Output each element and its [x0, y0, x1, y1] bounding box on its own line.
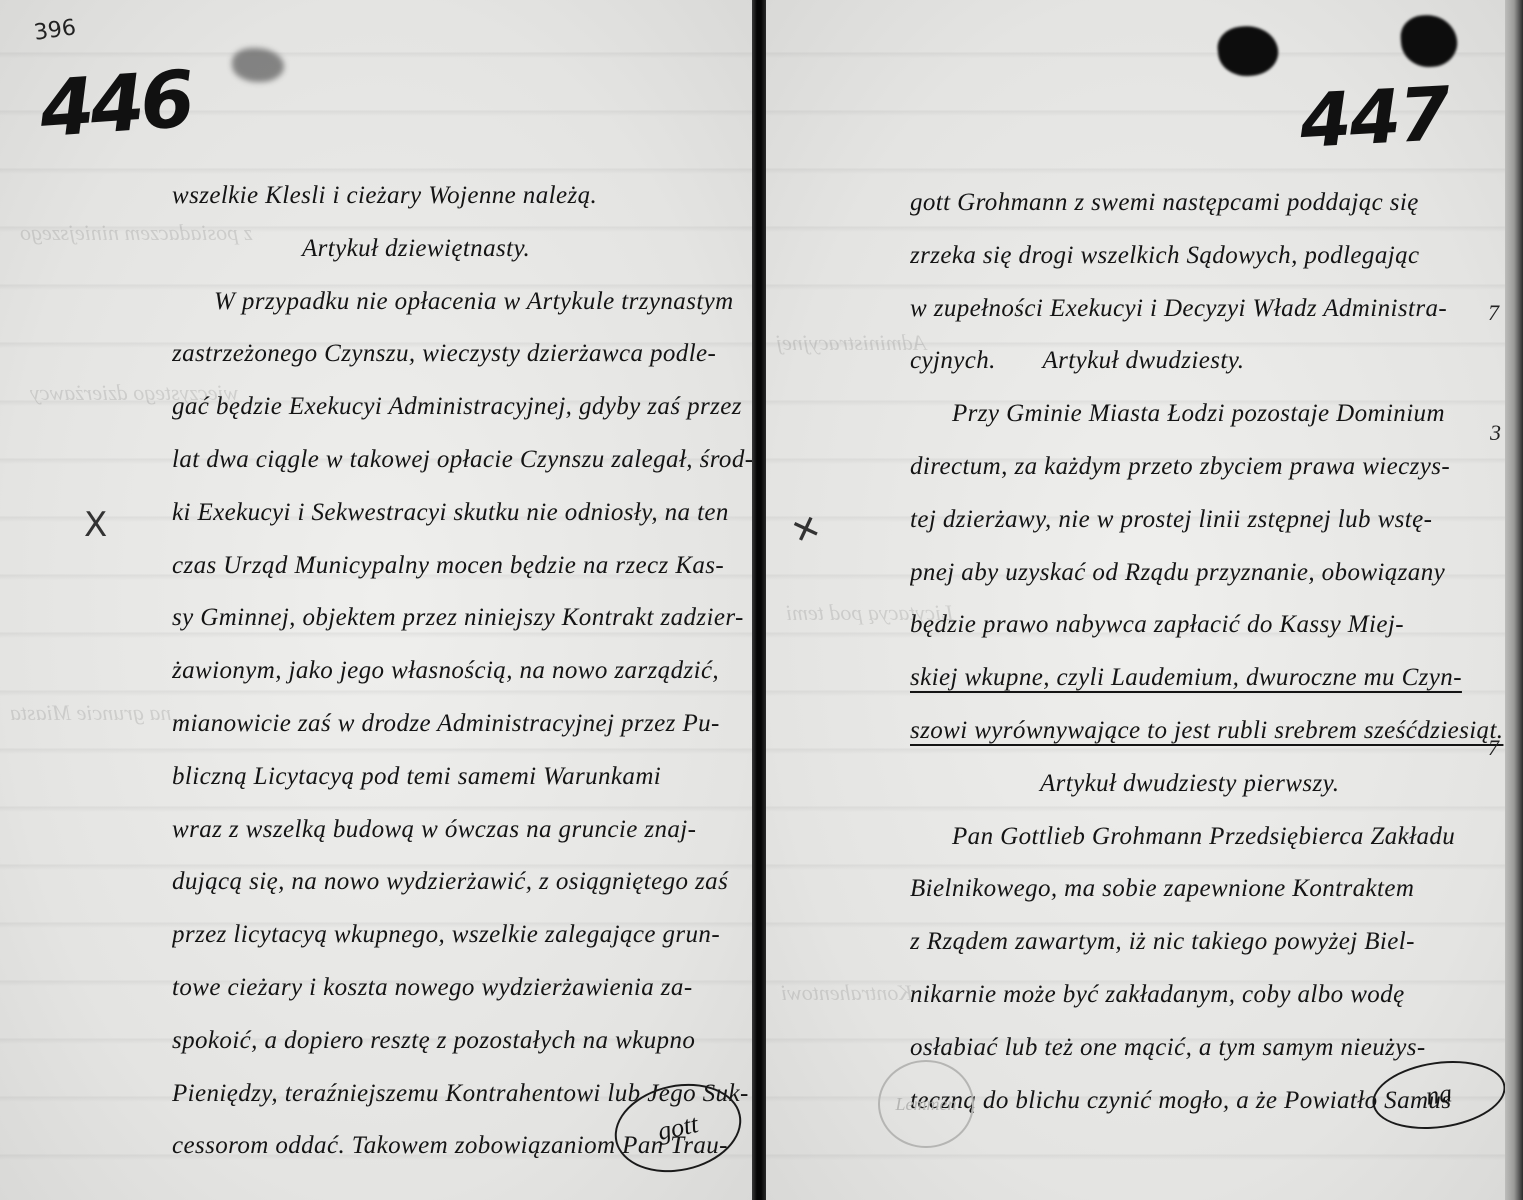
text-line: Przy Gminie Miasta Łodzi pozostaje Domin… [910, 388, 1510, 441]
text-line: pnej aby uzyskać od Rządu przyznanie, ob… [910, 547, 1510, 600]
text-line: bliczną Licytacyą pod temi samemi Warunk… [172, 751, 755, 804]
bleed-through-text: Kontrahentowi [781, 980, 913, 1006]
text-line: czas Urząd Municypalny mocen będzie na r… [172, 540, 755, 593]
folio-number: 447 [1298, 71, 1451, 165]
text-line: directum, za każdym przeto zbyciem prawa… [910, 441, 1510, 494]
article-heading: Artykuł dwudziesty. [1002, 347, 1244, 374]
margin-cross-mark: X [84, 505, 107, 545]
bleed-through-oval-text: Lemmen [896, 1094, 957, 1115]
text-line: nikarnie może być zakładanym, coby albo … [910, 969, 1510, 1022]
right-page-edge [1505, 0, 1523, 1200]
article-heading: Artykuł dziewiętnasty. [172, 223, 755, 276]
erased-number-smudge [232, 48, 284, 82]
text-line: cyjnych. Artykuł dwudziesty. [910, 335, 1510, 388]
left-page: z posiadaczem niniejszego wieczystego dz… [0, 0, 755, 1200]
text-line: sy Gminnej, objektem przez niniejszy Kon… [172, 592, 755, 645]
right-page: Administracyjnej Licytacyą pod temi Kont… [766, 0, 1523, 1200]
catchword: na [1424, 1078, 1454, 1111]
old-folio-number: 396 [32, 15, 77, 46]
bleed-through-text: Administracyjnej [776, 330, 926, 356]
crossed-out-number [1399, 13, 1458, 69]
text-line: W przypadku nie opłacenia w Artykule trz… [172, 276, 755, 329]
text-line: Pan Gottlieb Grohmann Przedsiębierca Zak… [910, 811, 1510, 864]
text-line: mianowicie zaś w drodze Administracyjnej… [172, 698, 755, 751]
text-line: z Rządem zawartym, iż nic takiego powyże… [910, 916, 1510, 969]
text-line: żawionym, jako jego własnością, na nowo … [172, 645, 755, 698]
text-line: gott Grohmann z swemi następcami poddają… [910, 177, 1510, 230]
text-line: szowi wyrównywające to jest rubli srebre… [910, 705, 1510, 758]
text-line: dującą się, na nowo wydzierżawić, z osią… [172, 856, 755, 909]
right-page-text: gott Grohmann z swemi następcami poddają… [910, 177, 1510, 1127]
text-line: w zupełności Exekucyi i Decyzyi Władz Ad… [910, 283, 1510, 336]
text-line: będzie prawo nabywca zapłacić do Kassy M… [910, 599, 1510, 652]
left-page-text: wszelkie Klesli i cieżary Wojenne należą… [172, 170, 755, 1173]
text-line: gać będzie Exekucyi Administracyjnej, gd… [172, 381, 755, 434]
text-line: wraz z wszelką budową w ówczas na grunci… [172, 804, 755, 857]
margin-mark: 7 [1488, 300, 1499, 326]
margin-mark: 3 [1490, 420, 1501, 446]
catchword: gott [655, 1109, 701, 1147]
text-line: tej dzierżawy, nie w prostej linii zstęp… [910, 494, 1510, 547]
article-heading: Artykuł dwudziesty pierwszy. [910, 758, 1510, 811]
text-line: wszelkie Klesli i cieżary Wojenne należą… [172, 170, 755, 223]
text-line: towe cieżary i koszta nowego wydzierżawi… [172, 962, 755, 1015]
margin-mark: 7 [1488, 735, 1499, 761]
text-line: spokoić, a dopiero resztę z pozostałych … [172, 1015, 755, 1068]
crossed-out-number [1216, 23, 1281, 79]
text-line: skiej wkupne, czyli Laudemium, dwuroczne… [910, 652, 1510, 705]
text-line: Bielnikowego, ma sobie zapewnione Kontra… [910, 863, 1510, 916]
text-line: lat dwa ciągle w takowej opłacie Czynszu… [172, 434, 755, 487]
folio-number: 446 [37, 55, 194, 155]
page-gutter [752, 0, 766, 1200]
bleed-through-oval: Lemmen [878, 1060, 974, 1148]
margin-cross-mark: ✕ [786, 506, 826, 553]
text-line: ki Exekucyi i Sekwestracyi skutku nie od… [172, 487, 755, 540]
text-line: zrzeka się drogi wszelkich Sądowych, pod… [910, 230, 1510, 283]
text-line: przez licytacyą wkupnego, wszelkie zaleg… [172, 909, 755, 962]
text-line: zastrzeżonego Czynszu, wieczysty dzierża… [172, 328, 755, 381]
manuscript-spread: z posiadaczem niniejszego wieczystego dz… [0, 0, 1523, 1200]
bleed-through-text: na gruncie Miasta [10, 700, 171, 726]
